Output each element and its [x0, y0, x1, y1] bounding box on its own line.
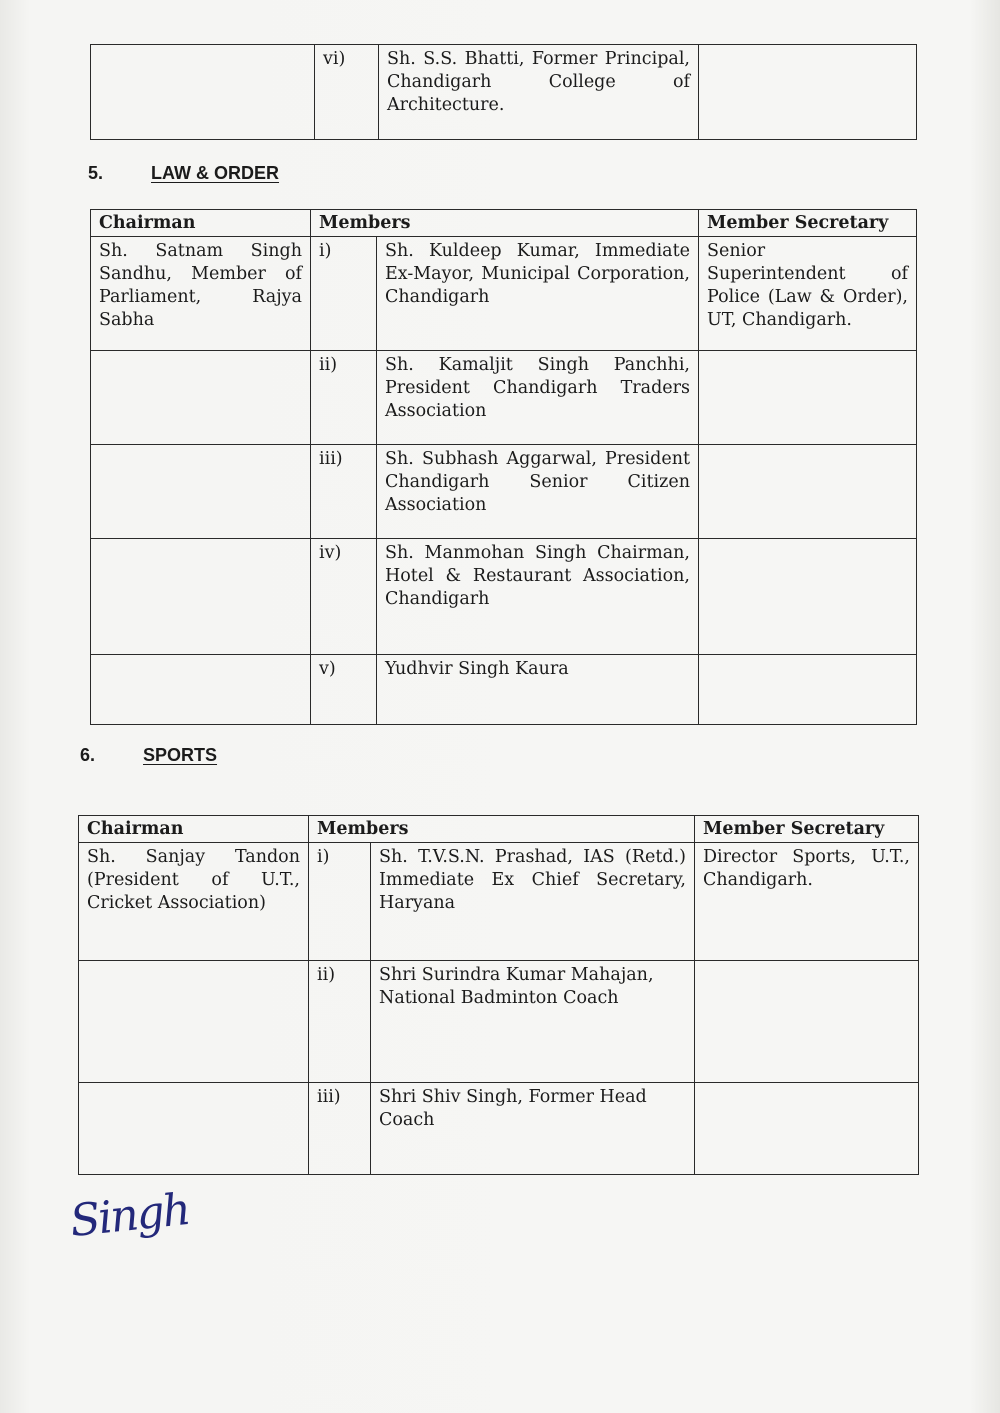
- secretary-cell: Senior Superintendent of Police (Law & O…: [699, 237, 917, 351]
- member-number: vi): [315, 45, 379, 140]
- chairman-cell: Sh. Sanjay Tandon (President of U.T., Cr…: [79, 843, 309, 961]
- member-number: iii): [309, 1083, 371, 1175]
- header-chairman: Chairman: [79, 816, 309, 843]
- table-row: ii) Sh. Kamaljit Singh Panchhi, Presiden…: [91, 351, 917, 445]
- member-cell: Sh. S.S. Bhatti, Former Principal, Chand…: [379, 45, 699, 140]
- member-cell: Shri Shiv Singh, Former Head Coach: [371, 1083, 695, 1175]
- member-cell: Sh. Kuldeep Kumar, Immediate Ex-Mayor, M…: [377, 237, 699, 351]
- member-number: iii): [311, 445, 377, 539]
- table-row: Sh. Sanjay Tandon (President of U.T., Cr…: [79, 843, 919, 961]
- member-number: ii): [311, 351, 377, 445]
- section-title: LAW & ORDER: [151, 163, 279, 183]
- member-cell: Sh. Subhash Aggarwal, President Chandiga…: [377, 445, 699, 539]
- section-number: 5.: [88, 163, 103, 183]
- chairman-cell: [91, 539, 311, 655]
- table-row: vi) Sh. S.S. Bhatti, Former Principal, C…: [91, 45, 917, 140]
- table-row: iii) Sh. Subhash Aggarwal, President Cha…: [91, 445, 917, 539]
- table-row: ii) Shri Surindra Kumar Mahajan, Nationa…: [79, 961, 919, 1083]
- chairman-cell: [91, 655, 311, 725]
- chairman-cell: [91, 351, 311, 445]
- member-number: i): [309, 843, 371, 961]
- table-row: Sh. Satnam Singh Sandhu, Member of Parli…: [91, 237, 917, 351]
- header-chairman: Chairman: [91, 210, 311, 237]
- secretary-cell: [695, 1083, 919, 1175]
- header-members: Members: [311, 210, 699, 237]
- member-number: iv): [311, 539, 377, 655]
- member-number: i): [311, 237, 377, 351]
- section-title: SPORTS: [143, 745, 217, 765]
- member-cell: Sh. Kamaljit Singh Panchhi, President Ch…: [377, 351, 699, 445]
- chairman-cell: [91, 45, 315, 140]
- header-row: Chairman Members Member Secretary: [91, 210, 917, 237]
- table-row: iii) Shri Shiv Singh, Former Head Coach: [79, 1083, 919, 1175]
- law-order-table: Chairman Members Member Secretary Sh. Sa…: [90, 209, 917, 725]
- member-number: ii): [309, 961, 371, 1083]
- header-secretary: Member Secretary: [699, 210, 917, 237]
- section-number: 6.: [80, 745, 95, 765]
- table-row: v) Yudhvir Singh Kaura: [91, 655, 917, 725]
- secretary-cell: Director Sports, U.T., Chandigarh.: [695, 843, 919, 961]
- header-row: Chairman Members Member Secretary: [79, 816, 919, 843]
- member-cell: Sh. Manmohan Singh Chairman, Hotel & Res…: [377, 539, 699, 655]
- chairman-cell: [91, 445, 311, 539]
- sports-table: Chairman Members Member Secretary Sh. Sa…: [78, 815, 919, 1175]
- chairman-cell: Sh. Satnam Singh Sandhu, Member of Parli…: [91, 237, 311, 351]
- chairman-cell: [79, 961, 309, 1083]
- chairman-cell: [79, 1083, 309, 1175]
- member-cell: Yudhvir Singh Kaura: [377, 655, 699, 725]
- secretary-cell: [699, 45, 917, 140]
- header-members: Members: [309, 816, 695, 843]
- section-heading-law-order: 5.LAW & ORDER: [88, 163, 279, 184]
- secretary-cell: [699, 351, 917, 445]
- header-secretary: Member Secretary: [695, 816, 919, 843]
- secretary-cell: [695, 961, 919, 1083]
- member-number: v): [311, 655, 377, 725]
- table-row: iv) Sh. Manmohan Singh Chairman, Hotel &…: [91, 539, 917, 655]
- member-cell: Sh. T.V.S.N. Prashad, IAS (Retd.) Immedi…: [371, 843, 695, 961]
- secretary-cell: [699, 445, 917, 539]
- secretary-cell: [699, 539, 917, 655]
- section-heading-sports: 6.SPORTS: [80, 745, 217, 766]
- continuation-table: vi) Sh. S.S. Bhatti, Former Principal, C…: [90, 44, 917, 140]
- secretary-cell: [699, 655, 917, 725]
- member-cell: Shri Surindra Kumar Mahajan, National Ba…: [371, 961, 695, 1083]
